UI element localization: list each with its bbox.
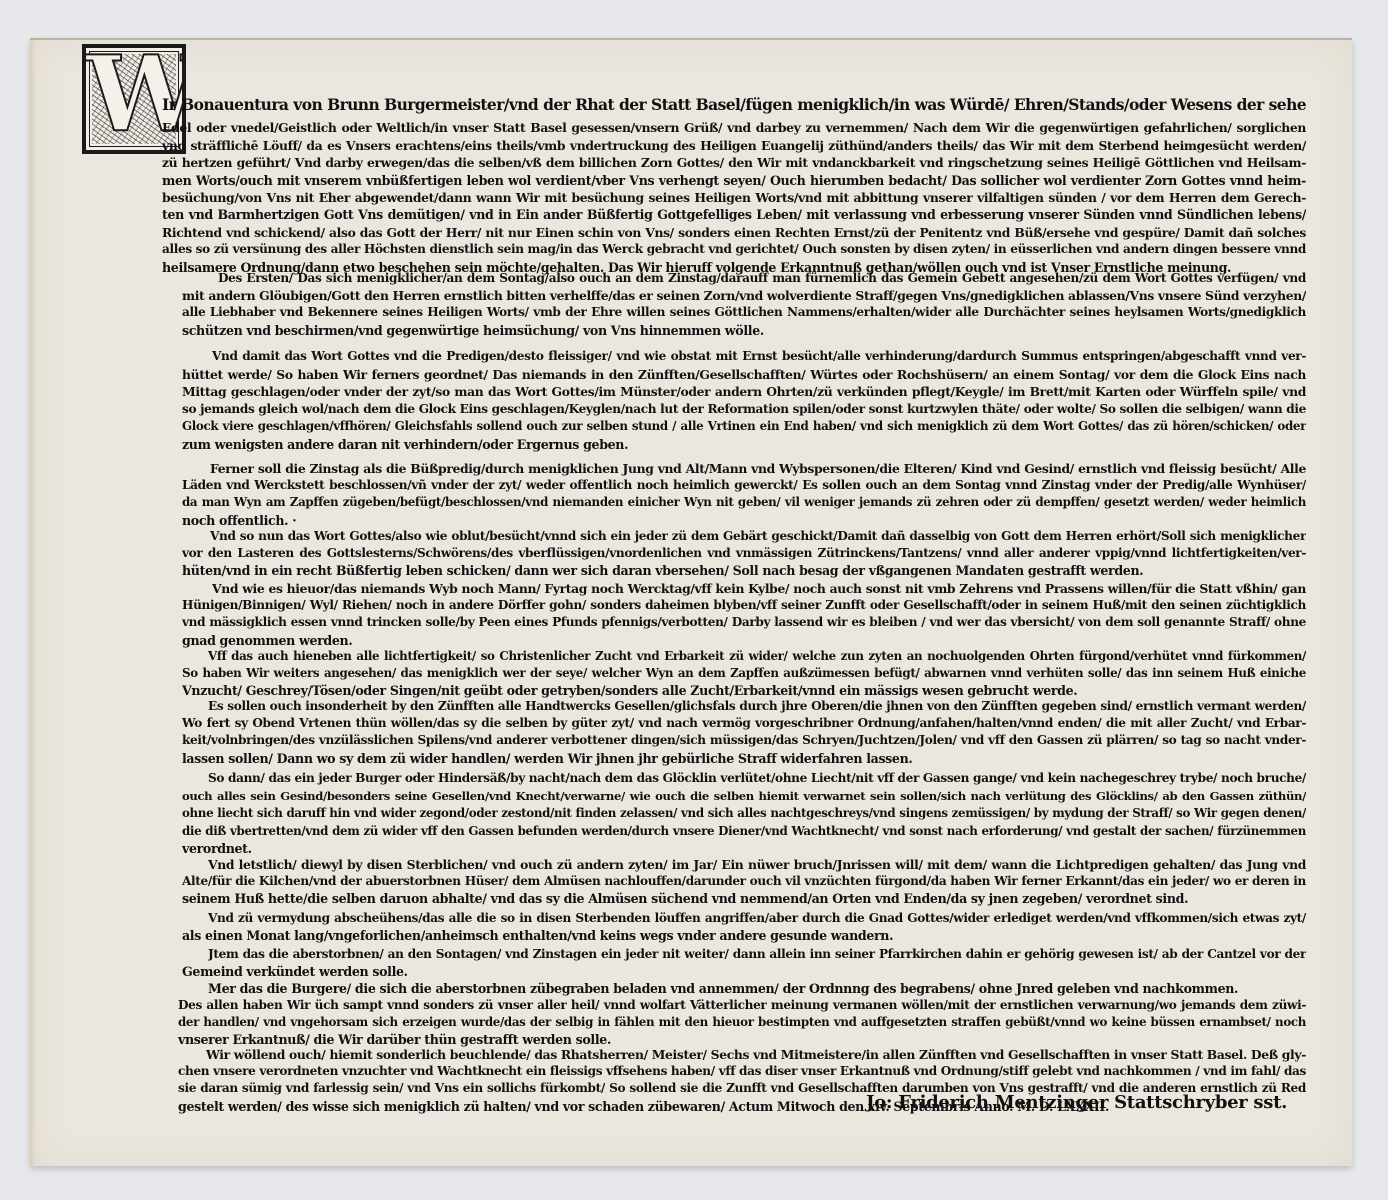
text-line: Ir Bonauentura von Brunn Burgermeister/v… [162,94,1306,116]
text-line: Glock viere geschlagen/vffhören/ Gleichs… [182,418,1306,435]
text-line: besüchung/von Vns nit Eher abgewendet/da… [162,189,1306,206]
text-line: Alte/für die Kilchen/vnd der abuerstorbn… [182,873,1306,890]
text-line: Vnd letstlich/ diewyl by disen Sterblich… [208,856,1306,873]
text-line: schützen vnd beschirmen/vnd gegenwürtige… [182,322,1306,339]
text-line: noch offentlich. · [182,512,1306,529]
text-line: ohne liecht sich daruff hin vnd wider ze… [182,805,1306,822]
text-line: Vnd so nun das Wort Gottes/also wie oblu… [210,528,1306,545]
text-line: chen vnsere verordneten vnzuchter vnd Wa… [178,1063,1306,1080]
text-line: zü hertzen geführt/ Vnd darby erwegen/da… [162,154,1306,171]
text-line: verordnet. [182,840,1306,857]
text-line: Mittag geschlagen/oder vnder der zyt/so … [182,383,1306,400]
text-line: da man Wyn am Zapffen zügeben/befügt/bes… [182,494,1306,511]
text-line: Es sollen ouch insonderheit by den Zünff… [208,698,1306,715]
text-line: Wir wöllend ouch/ hiemit sonderlich beuc… [206,1046,1306,1063]
text-line: Edel oder vnedel/Geistlich oder Weltlich… [162,119,1306,136]
text-line: Ferner soll die Zinstag als die Büßpredi… [210,460,1306,477]
text-line: Vnd damit das Wort Gottes vnd die Predig… [212,348,1306,365]
text-line: Vff das auch hieneben alle lichtfertigke… [208,648,1306,665]
text-line: mit andern Glöubigen/Gott den Herren ern… [182,287,1306,304]
text-line: ouch alles sein Gesind/besonders seine G… [182,788,1306,805]
text-line: vnd sträfflichē Löuff/ da es Vnsers erac… [162,137,1306,154]
text-line: alles so zü versünung des aller Höchsten… [162,241,1306,258]
text-line: vor den Lasteren des Gottslesterns/Schwö… [182,545,1306,562]
text-line: die diß vbertretten/vnd dem zü wider vff… [182,823,1306,840]
text-line: Des Ersten/ Das sich menigklicher/an dem… [218,270,1306,287]
text-line: vnd mässigklich essen vnnd trincken soll… [182,614,1306,631]
text-line: Wo fert sy Obend Vrtenen thün wöllen/das… [182,715,1306,732]
text-line: Läden vnd Werckstett beschlossen/vñ vnde… [182,477,1306,494]
text-line: Vnd zü vermydung abscheühens/das alle di… [208,910,1306,927]
text-line: keit/volnbringen/des vnzülässlichen Spil… [182,732,1306,749]
text-line: der handlen/ vnd vngehorsam sich erzeige… [178,1014,1306,1031]
text-line: ten vnd Barmhertzigen Gott Vns demütigen… [162,206,1306,223]
text-line: Hünigen/Binnigen/ Wyl/ Riehen/ noch in a… [182,597,1306,614]
text-line: gnad genommen werden. [182,632,1306,649]
text-line: als einen Monat lang/vngeforlichen/anhei… [182,927,1306,944]
text-line: men Worts/ouch mit vnserem vnbüßfertigen… [162,172,1306,189]
text-line: hüten/vnd in ein recht Büßfertig leben s… [182,562,1306,579]
text-line: zum wenigsten andere daran nit verhinder… [182,436,1306,453]
text-line: seinem Huß hette/die selben daruon abhal… [182,890,1306,907]
text-line: Richtend vnd schickend/ also das Gott de… [162,224,1306,241]
text-line: Jtem das die aberstorbnen/ an den Sontag… [208,946,1306,963]
text-line: Des allen haben Wir üch sampt vnnd sonde… [178,997,1306,1014]
text-line: Vnzucht/ Geschrey/Tösen/oder Singen/nit … [182,682,1306,699]
text-line: Mer das die Burgere/ die sich die aberst… [208,980,1306,997]
text-line: Gemeind verkündet werden solle. [182,963,1306,980]
text-line: So haben Wir weiters angesehen/ das meni… [182,665,1306,682]
text-line: Vnd wie es hieuor/das niemands Wyb noch … [212,580,1306,597]
text-line: alle Liebhaber vnd Bekennere seines Heil… [182,304,1306,321]
text-line: So dann/ das ein jeder Burger oder Hinde… [208,770,1306,787]
text-line: so jemands gleich wol/nach dem die Glock… [182,401,1306,418]
text-line: hüttet werde/ So haben Wir ferners geord… [182,366,1306,383]
signature-line: Jo: Friderich Mentzinger Stattschryber s… [866,1092,1287,1113]
broadsheet-page: W Ir Bonauentura von Brunn Burgermeister… [30,38,1352,1166]
text-line: lassen sollen/ Dann wo sy dem zü wider h… [182,750,1306,767]
